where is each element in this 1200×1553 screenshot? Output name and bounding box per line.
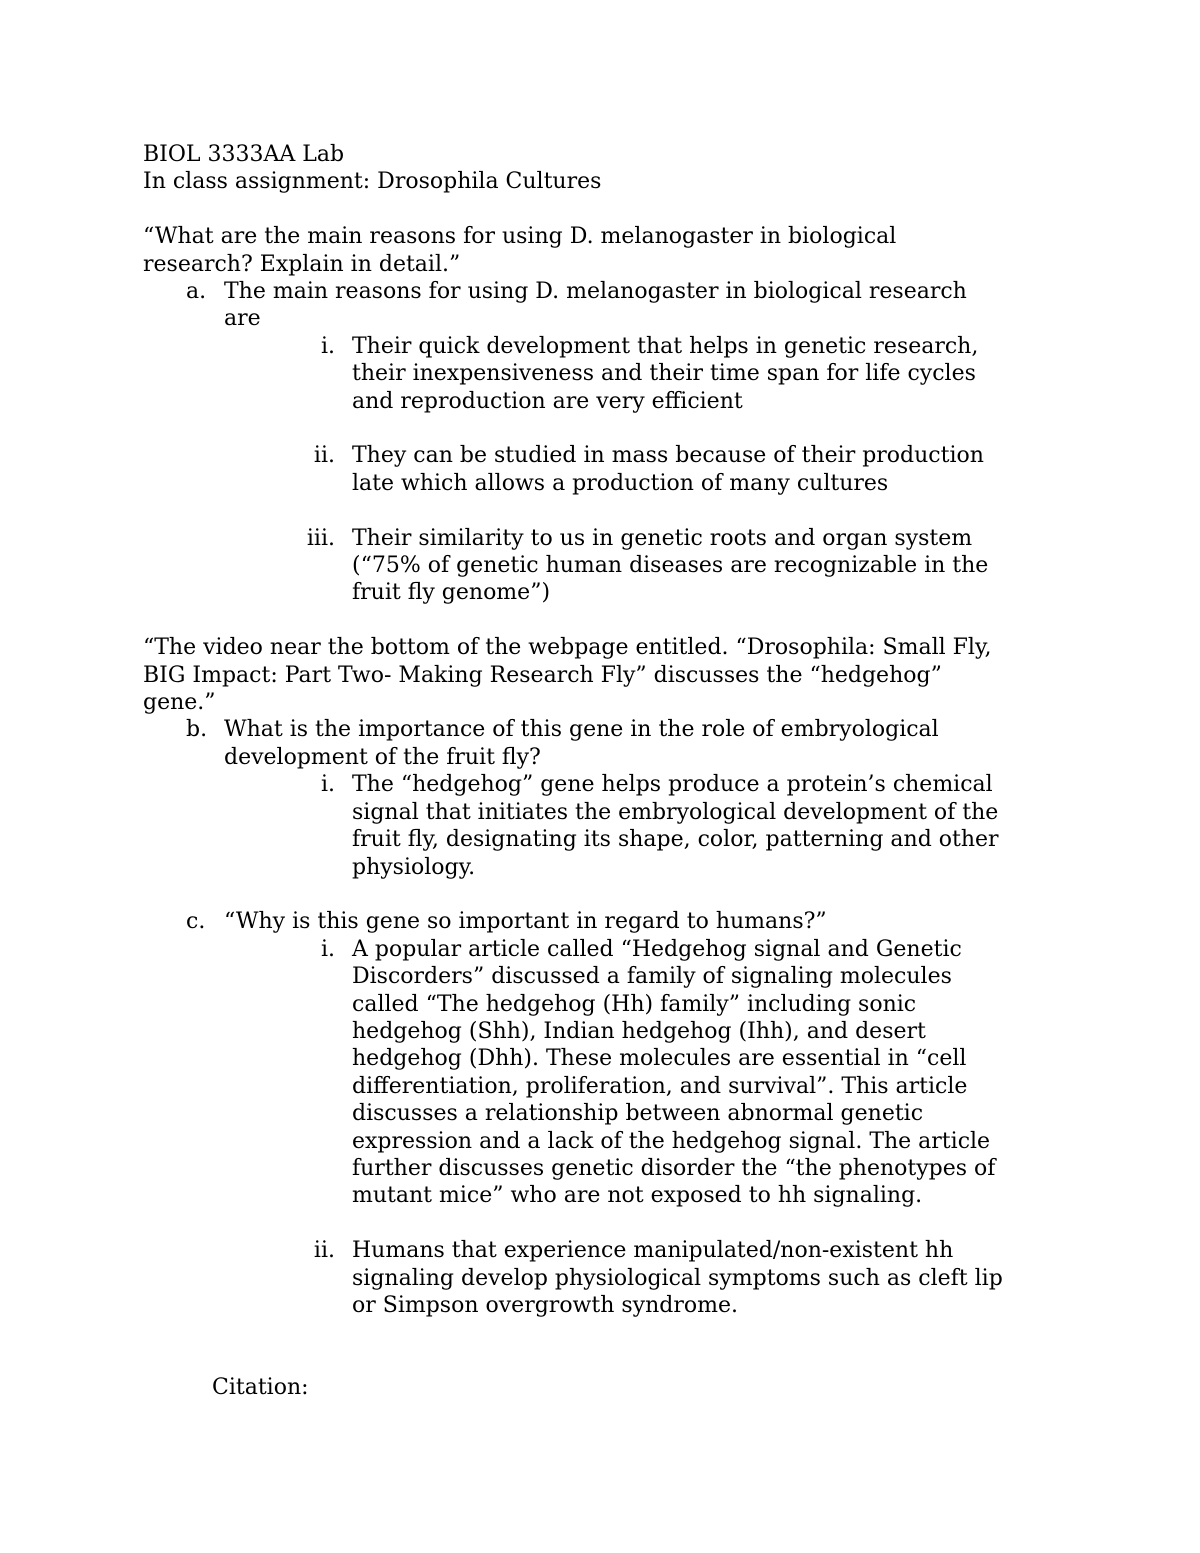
document-page: BIOL 3333AA Lab In class assignment: Dro… <box>0 0 1200 1553</box>
list-item-b-text: What is the importance of this gene in t… <box>224 716 1180 771</box>
list-item-a-iii-text: Their similarity to us in genetic roots … <box>335 525 1180 607</box>
list-item-b-i: i. The “hedgehog” gene helps produce a p… <box>295 771 1180 881</box>
question-2-prompt: “The video near the bottom of the webpag… <box>143 634 1180 716</box>
question-1-prompt: “What are the main reasons for using D. … <box>143 223 1180 278</box>
list-item-b: b. What is the importance of this gene i… <box>186 716 1180 771</box>
list-item-a: a. The main reasons for using D. melanog… <box>186 278 1180 333</box>
list-item-b-i-text: The “hedgehog” gene helps produce a prot… <box>335 771 1180 881</box>
list-item-a-ii-text: They can be studied in mass because of t… <box>335 442 1180 497</box>
list-item-c-ii: ii. Humans that experience manipulated/n… <box>295 1237 1180 1319</box>
citation-label: Citation: <box>212 1374 1180 1401</box>
list-item-c-ii-text: Humans that experience manipulated/non-e… <box>335 1237 1180 1319</box>
list-item-c: c. “Why is this gene so important in reg… <box>186 908 1180 935</box>
list-item-a-text: The main reasons for using D. melanogast… <box>224 278 1180 333</box>
list-item-a-ii: ii. They can be studied in mass because … <box>295 442 1180 497</box>
list-marker-c-ii: ii. <box>295 1237 335 1319</box>
list-marker-c-i: i. <box>295 936 335 1210</box>
list-marker-a-ii: ii. <box>295 442 335 497</box>
doc-title-line: BIOL 3333AA Lab <box>143 141 1180 168</box>
list-item-c-i-text: A popular article called “Hedgehog signa… <box>335 936 1180 1210</box>
list-item-c-i: i. A popular article called “Hedgehog si… <box>295 936 1180 1210</box>
list-marker-b-i: i. <box>295 771 335 881</box>
doc-subtitle-line: In class assignment: Drosophila Cultures <box>143 168 1180 195</box>
list-marker-a-iii: iii. <box>295 525 335 607</box>
list-item-a-i: i. Their quick development that helps in… <box>295 333 1180 415</box>
list-item-c-text: “Why is this gene so important in regard… <box>224 908 1180 935</box>
list-marker-a: a. <box>186 278 224 333</box>
list-item-a-iii: iii. Their similarity to us in genetic r… <box>295 525 1180 607</box>
list-item-a-i-text: Their quick development that helps in ge… <box>335 333 1180 415</box>
list-marker-a-i: i. <box>295 333 335 415</box>
list-marker-c: c. <box>186 908 224 935</box>
list-marker-b: b. <box>186 716 224 771</box>
